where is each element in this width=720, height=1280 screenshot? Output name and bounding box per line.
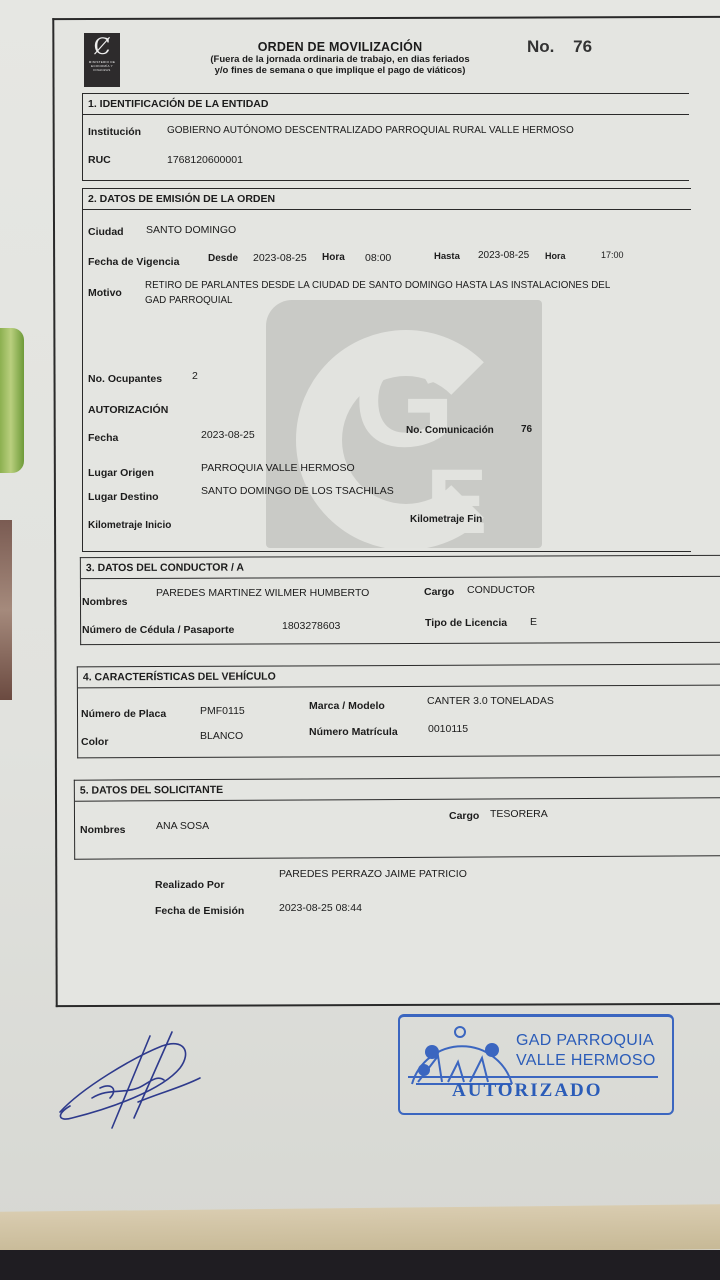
vigencia-label: Fecha de Vigencia [88,256,179,268]
section-heading: 4. CARACTERÍSTICAS DEL VEHÍCULO [78,665,720,689]
driver-cargo-label: Cargo [424,586,454,598]
stamp-line-2: VALLE HERMOSO [516,1052,656,1070]
section-order-emission: 2. DATOS DE EMISIÓN DE LA ORDEN [82,188,691,552]
destino-value: SANTO DOMINGO DE LOS TSACHILAS [201,485,394,497]
color-value: BLANCO [200,730,243,742]
section-entity: 1. IDENTIFICACIÓN DE LA ENTIDAD [82,93,689,181]
driver-nombres-label: Nombres [82,596,128,608]
fecha-value: 2023-08-25 [201,429,255,441]
color-label: Color [81,736,108,748]
hora-label-1: Hora [322,252,345,263]
authorization-stamp: GAD PARROQUIA VALLE HERMOSO AUTORIZADO [398,1010,670,1118]
hasta-label: Hasta [434,251,460,262]
cedula-value: 1803278603 [282,620,340,632]
logo-caption: MINISTERIO DE ECONOMÍA Y FINANZAS [84,60,120,72]
document-title: ORDEN DE MOVILIZACIÓN [150,40,530,54]
emision-label: Fecha de Emisión [155,905,244,917]
autorizacion-label: AUTORIZACIÓN [88,404,168,416]
km-fin-label: Kilometraje Fin [410,514,482,525]
desde-value: 2023-08-25 [253,252,307,264]
section-heading: 2. DATOS DE EMISIÓN DE LA ORDEN [83,189,691,210]
fecha-label: Fecha [88,432,118,444]
marca-label: Marca / Modelo [309,700,385,712]
section-requester: 5. DATOS DEL SOLICITANTE [74,776,720,859]
placa-label: Número de Placa [81,708,166,720]
matricula-label: Número Matrícula [309,726,398,738]
section-heading: 5. DATOS DEL SOLICITANTE [75,777,720,801]
hora-value-1: 08:00 [365,252,391,264]
ciudad-label: Ciudad [88,226,124,238]
ciudad-value: SANTO DOMINGO [146,224,236,236]
comunicacion-label: No. Comunicación [406,425,494,436]
section-heading: 1. IDENTIFICACIÓN DE LA ENTIDAD [83,94,689,115]
origen-value: PARROQUIA VALLE HERMOSO [201,462,355,474]
stamp-line-1: GAD PARROQUIA [516,1032,654,1050]
background-object [0,520,12,700]
ruc-label: RUC [88,154,111,166]
requester-cargo-value: TESORERA [490,808,548,820]
driver-nombres-value: PAREDES MARTINEZ WILMER HUMBERTO [156,587,369,599]
document-header: ORDEN DE MOVILIZACIÓN (Fuera de la jorna… [150,40,530,76]
origen-label: Lugar Origen [88,467,154,479]
hora-value-2: 17:00 [601,250,624,260]
licencia-label: Tipo de Licencia [425,617,507,629]
desde-label: Desde [208,253,238,264]
stamp-status: AUTORIZADO [452,1080,603,1102]
order-number-value: 76 [573,37,592,56]
background-object [0,328,24,473]
realizado-value: PAREDES PERRAZO JAIME PATRICIO [279,868,467,880]
ocupantes-value: 2 [192,370,198,382]
requester-nombres-value: ANA SOSA [156,820,209,832]
motivo-label: Motivo [88,287,122,299]
destino-label: Lugar Destino [88,491,159,503]
section-heading: 3. DATOS DEL CONDUCTOR / A [81,556,720,579]
marca-value: CANTER 3.0 TONELADAS [427,695,554,707]
document-subtitle-2: y/o fines de semana o que implique el pa… [150,65,530,76]
order-number: No. 76 [527,37,592,57]
emision-value: 2023-08-25 08:44 [279,902,362,914]
table-surface [0,1204,720,1257]
realizado-label: Realizado Por [155,879,224,891]
comunicacion-value: 76 [521,424,532,435]
driver-cargo-value: CONDUCTOR [467,584,535,596]
motivo-value-line1: RETIRO DE PARLANTES DESDE LA CIUDAD DE S… [145,280,610,291]
licencia-value: E [530,616,537,628]
ce-logo-icon: Ȼ MINISTERIO DE ECONOMÍA Y FINANZAS [84,33,120,87]
institucion-value: GOBIERNO AUTÓNOMO DESCENTRALIZADO PARROQ… [167,125,574,136]
ocupantes-label: No. Ocupantes [88,373,162,385]
requester-nombres-label: Nombres [80,824,126,836]
order-number-label: No. [527,37,554,56]
hora-label-2: Hora [545,251,566,261]
signature-icon [52,1028,212,1140]
hasta-value: 2023-08-25 [478,250,529,261]
matricula-value: 0010115 [428,723,468,735]
requester-cargo-label: Cargo [449,810,479,822]
cedula-label: Número de Cédula / Pasaporte [82,624,234,636]
section-vehicle: 4. CARACTERÍSTICAS DEL VEHÍCULO [77,664,720,759]
km-inicio-label: Kilometraje Inicio [88,520,171,531]
motivo-value-line2: GAD PARROQUIAL [145,295,232,306]
dark-floor [0,1250,720,1280]
document-subtitle-1: (Fuera de la jornada ordinaria de trabaj… [150,54,530,65]
placa-value: PMF0115 [200,705,245,717]
institucion-label: Institución [88,126,141,138]
ruc-value: 1768120600001 [167,154,243,166]
